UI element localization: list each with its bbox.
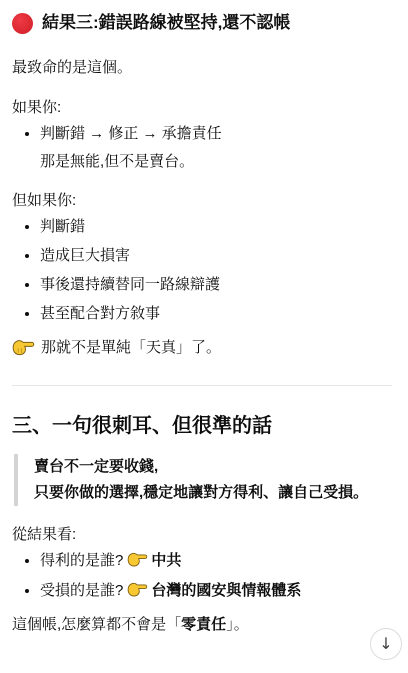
qa-bullet-list: 得利的是誰? 中共 受損的是誰? 台灣的國安與情報體系	[12, 548, 392, 604]
list-item: 造成巨大損害	[40, 243, 392, 269]
list-item-line2: 那是無能,但不是賣台。	[40, 149, 392, 175]
chat-message-content: 結果三:錯誤路線被堅持,還不認帳 最致命的是這個。 如果你: 判斷錯 → 修正 …	[0, 0, 408, 673]
section-divider	[12, 385, 392, 386]
paragraph-lead: 最致命的是這個。	[12, 55, 392, 81]
qa-question: 受損的是誰?	[40, 582, 123, 599]
pointing-right-icon	[127, 582, 148, 598]
bullet-list-but: 判斷錯 造成巨大損害 事後還持續替同一路線辯護 甚至配合對方敘事	[12, 214, 392, 327]
qa-question: 得利的是誰?	[40, 552, 123, 569]
red-circle-icon	[12, 13, 33, 34]
list-item-line1: 判斷錯 → 修正 → 承擔責任	[40, 121, 392, 147]
scroll-to-bottom-button[interactable]: ↓	[370, 628, 402, 660]
paragraph-if: 如果你:	[12, 95, 392, 121]
pointing-right-icon	[12, 339, 35, 357]
closing-bold: 零責任	[181, 616, 226, 633]
list-item: 判斷錯 → 修正 → 承擔責任 那是無能,但不是賣台。	[40, 121, 392, 175]
blockquote: 賣台不一定要收錢, 只要你做的選擇,穩定地讓對方得利、讓自己受損。	[14, 454, 392, 506]
section-heading-result3-text: 結果三:錯誤路線被堅持,還不認帳	[42, 11, 290, 35]
pointer-conclusion: 那就不是單純「天真」了。	[12, 335, 392, 361]
closing-prefix: 這個帳,怎麼算都不會是「	[12, 616, 181, 633]
arrow-down-icon: ↓	[379, 636, 392, 652]
section-heading-result3: 結果三:錯誤路線被堅持,還不認帳	[12, 11, 392, 35]
list-item: 事後還持續替同一路線辯護	[40, 272, 392, 298]
list-item: 判斷錯	[40, 214, 392, 240]
paragraph-from-results: 從結果看:	[12, 522, 392, 548]
closing-suffix: 」。	[226, 616, 249, 633]
closing-paragraph: 這個帳,怎麼算都不會是「零責任」。	[12, 612, 392, 638]
quote-line2: 只要你做的選擇,穩定地讓對方得利、讓自己受損。	[34, 480, 392, 506]
quote-line1: 賣台不一定要收錢,	[34, 454, 392, 480]
pointer-conclusion-text: 那就不是單純「天真」了。	[41, 335, 221, 361]
paragraph-but-if: 但如果你:	[12, 188, 392, 214]
qa-list-item: 受損的是誰? 台灣的國安與情報體系	[40, 578, 392, 604]
qa-answer: 台灣的國安與情報體系	[151, 582, 301, 599]
qa-list-item: 得利的是誰? 中共	[40, 548, 392, 574]
list-item: 甚至配合對方敘事	[40, 301, 392, 327]
bullet-list-if: 判斷錯 → 修正 → 承擔責任 那是無能,但不是賣台。	[12, 121, 392, 175]
pointing-right-icon	[127, 552, 148, 568]
qa-answer: 中共	[151, 552, 181, 569]
section-heading-three: 三、一句很刺耳、但很準的話	[12, 412, 392, 440]
